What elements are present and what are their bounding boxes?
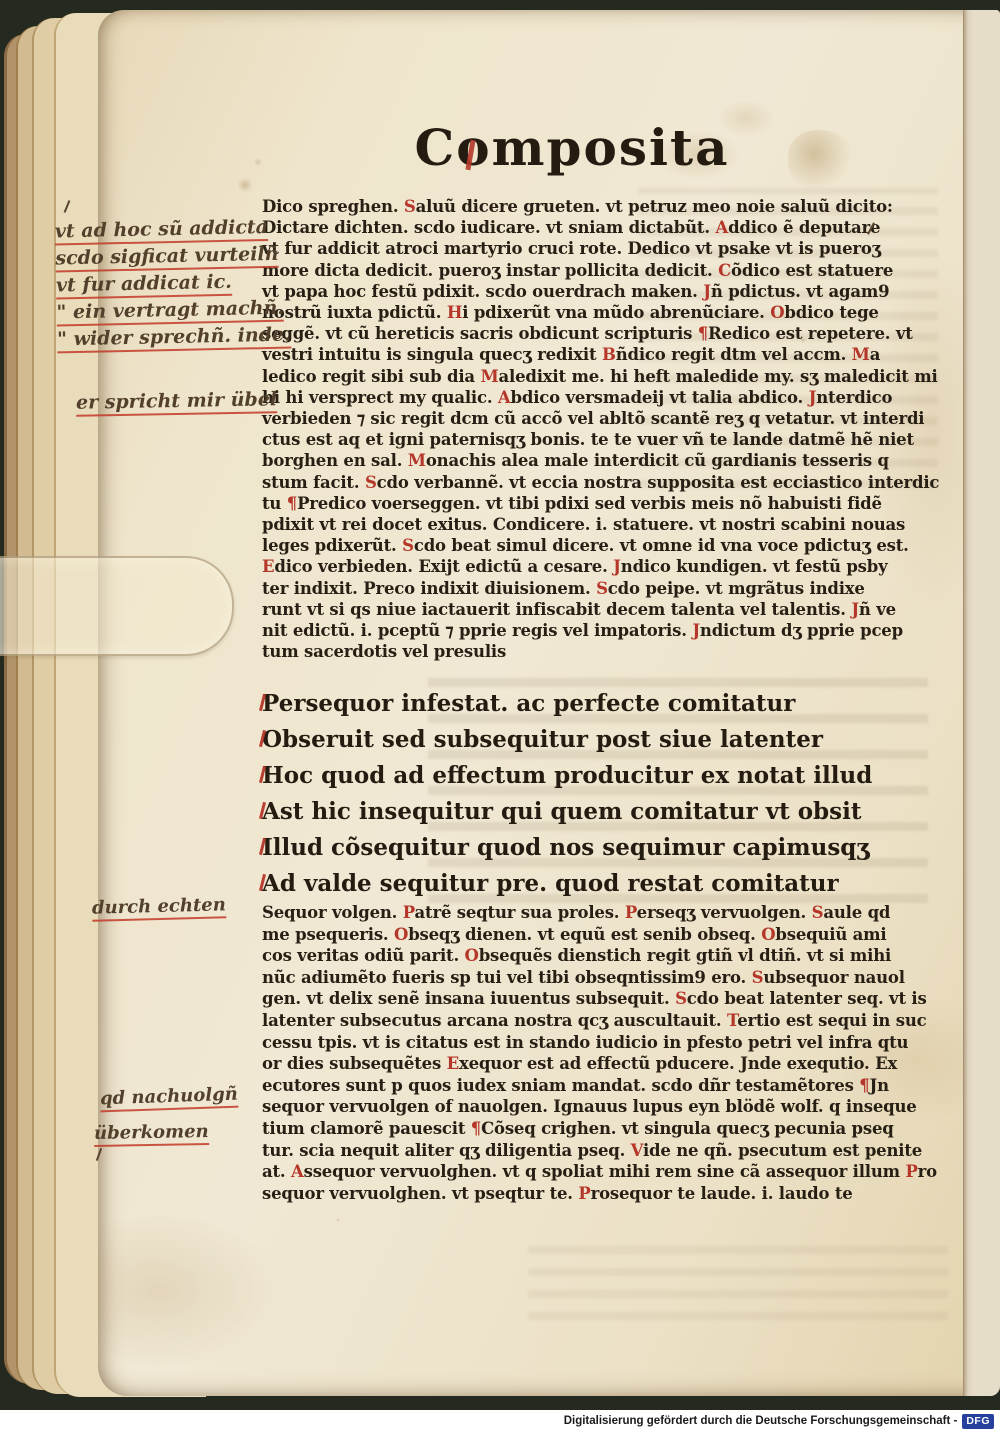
text-line: nostrũ iuxta pdictũ. Hi pdixerũt vna mũd… <box>262 302 902 323</box>
text-line: ledico regit sibi sub dia Maledixit me. … <box>262 366 902 387</box>
parchment-index-tab <box>0 556 234 656</box>
book-photo: Composita Dico spreghen. Saluũ dicere gr… <box>0 0 1000 1410</box>
text-line: cessu tpis. vt is citatus est in stando … <box>262 1032 902 1054</box>
text-line: vt papa hoc festũ pdixit. scdo ouerdrach… <box>262 281 902 302</box>
text-line: Obseruit sed subsequitur post siue laten… <box>262 722 902 758</box>
text-line: tu ¶Predico voerseggen. vt tibi pdixi se… <box>262 493 902 514</box>
text-line: vt fur addicit atroci martyrio cruci rot… <box>262 238 902 259</box>
marginalia-text: er spricht mir übel <box>76 388 277 417</box>
text-line: Ad valde sequitur pre. quod restat comit… <box>262 866 902 902</box>
footer-credit-bar: Digitalisierung gefördert durch die Deut… <box>0 1410 1000 1432</box>
text-line: verbieden ⁊ sic regit dcm cũ accõ vel ab… <box>262 408 902 429</box>
text-line: latenter subsecutus arcana nostra qcʒ au… <box>262 1010 902 1032</box>
latin-text-block-2: Sequor volgen. Patrẽ seqtur sua proles. … <box>262 902 902 1204</box>
text-line: sequor vervuolgen of nauolgen. Ignauus l… <box>262 1096 902 1118</box>
marginalia-note: durch echten <box>92 894 226 918</box>
text-line: sequor vervuolghen. vt pseqtur te. Prose… <box>262 1183 902 1205</box>
text-line: stum facit. Scdo verbannẽ. vt eccia nost… <box>262 472 902 493</box>
text-line: tur. scia nequit aliter qʒ diligentia ps… <box>262 1140 902 1162</box>
marginalia-text: qd nachuolgñ <box>100 1084 239 1113</box>
text-line: seggẽ. vt cũ hereticis sacris obdicunt s… <box>262 323 902 344</box>
text-line: vt ad hoc sũ addicta <box>55 216 289 243</box>
latin-text-block-1: Dico spreghen. Saluũ dicere grueten. vt … <box>262 196 902 662</box>
text-line: Persequor infestat. ac perfecte comitatu… <box>262 686 902 722</box>
footer-credit-text: Digitalisierung gefördert durch die Deut… <box>564 1415 958 1427</box>
text-line: scdo sigficat vurteilñ <box>55 243 289 270</box>
verse-block: Persequor infestat. ac perfecte comitatu… <box>262 686 902 902</box>
text-line: or dies subsequẽtes Exequor est ad effec… <box>262 1053 902 1075</box>
text-line: vestri intuitu is singula quecʒ redixit … <box>262 344 902 365</box>
text-line: more dicta dedicit. pueroʒ instar pollic… <box>262 260 902 281</box>
text-line: Edico verbieden. Exijt edictũ a cesare. … <box>262 556 902 577</box>
text-line: vt fur addicat ic. <box>56 270 290 297</box>
text-line: hi hi versprect my qualic. Abdico versma… <box>262 387 902 408</box>
text-line: " ein vertragt machñ. <box>56 297 290 324</box>
marginalia-note: qd nachuolgñ <box>100 1084 238 1110</box>
text-line: ctus est aq et igni paternisqʒ bonis. te… <box>262 429 902 450</box>
text-line: nit edictũ. i. pceptũ ⁊ pprie regis vel … <box>262 620 902 641</box>
text-line: borghen en sal. Monachis alea male inter… <box>262 450 902 471</box>
text-line: gen. vt delix senẽ insana iuuentus subse… <box>262 988 902 1010</box>
text-line: leges pdixerũt. Scdo beat simul dicere. … <box>262 535 902 556</box>
marginalia-text: durch echten <box>92 894 226 921</box>
marginalia-group: vt ad hoc sũ addictascdo sigficat vurtei… <box>55 216 291 356</box>
text-line: nũc adiumẽto fueris sp tui vel tibi obse… <box>262 967 902 989</box>
text-line: tium clamorẽ pauescit ¶Cõseq crighen. vt… <box>262 1118 902 1140</box>
text-line: Ast hic insequitur qui quem comitatur vt… <box>262 794 902 830</box>
dfg-logo: DFG <box>962 1414 994 1429</box>
text-line: Hoc quod ad effectum producitur ex notat… <box>262 758 902 794</box>
marginalia-note: überkomen <box>94 1121 209 1144</box>
text-line: Dico spreghen. Saluũ dicere grueten. vt … <box>262 196 902 217</box>
marginalia-note: er spricht mir übel <box>76 388 277 414</box>
text-line: Dictare dichten. scdo iudicare. vt sniam… <box>262 217 902 238</box>
bleed-through-texture <box>528 1240 948 1320</box>
text-line: pdixit vt rei docet exitus. Condicere. i… <box>262 514 902 535</box>
text-line: tum sacerdotis vel presulis <box>262 641 902 662</box>
text-line: ter indixit. Preco indixit diuisionem. S… <box>262 578 902 599</box>
text-line: me psequeris. Obseqʒ dienen. vt equũ est… <box>262 924 902 946</box>
marginalia-text: überkomen <box>94 1121 209 1147</box>
text-line: ecutores sunt p quos iudex sniam mandat.… <box>262 1075 902 1097</box>
text-line: cos veritas odiũ parit. Obsequẽs diensti… <box>262 945 902 967</box>
text-line: " wider sprechñ. inde. <box>57 324 291 351</box>
text-line: runt vt si qs niue iactauerit infiscabit… <box>262 599 902 620</box>
page-title: Composita <box>262 118 882 177</box>
text-line: at. Assequor vervuolghen. vt q spoliat m… <box>262 1161 902 1183</box>
page-gutter-shadow <box>963 10 1000 1396</box>
text-line: Sequor volgen. Patrẽ seqtur sua proles. … <box>262 902 902 924</box>
text-line: Illud cõsequitur quod nos sequimur capim… <box>262 830 902 866</box>
